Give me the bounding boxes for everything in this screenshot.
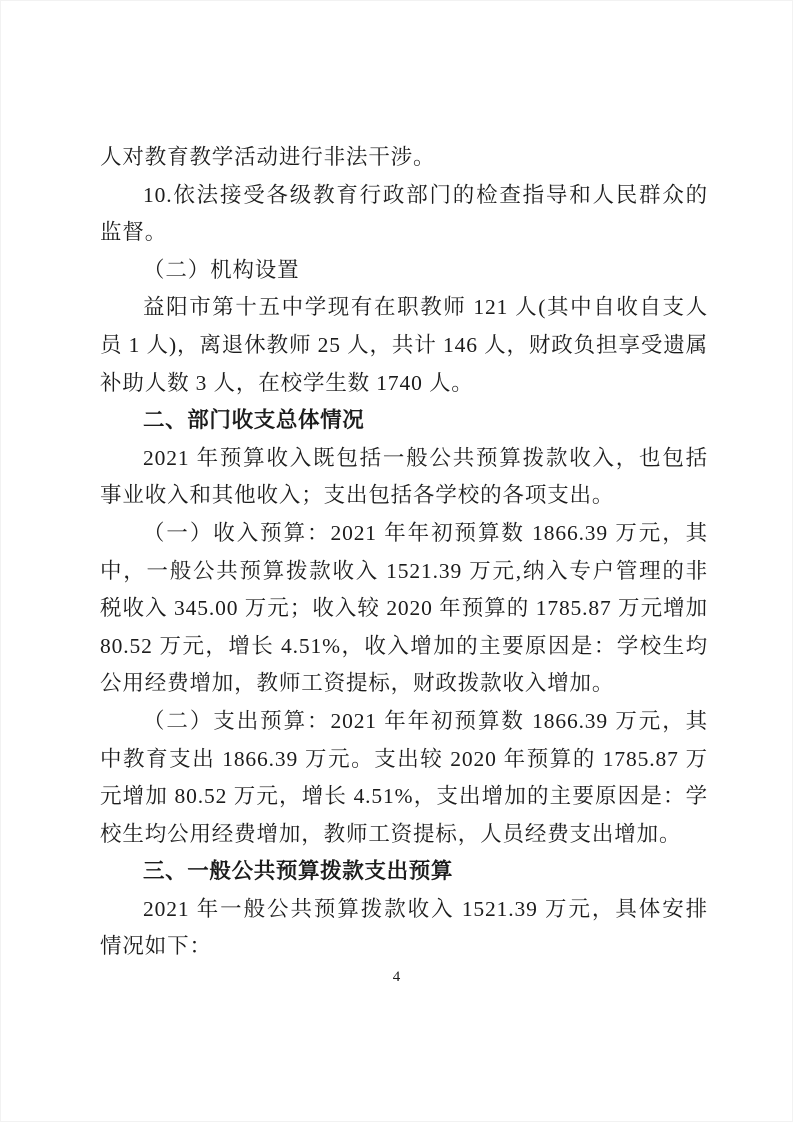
heading-section-2-revenue-expenditure: 二、部门收支总体情况 (100, 402, 708, 440)
paragraph-continuation: 人对教育教学活动进行非法干涉。 (100, 139, 708, 177)
paragraph-budget-overview: 2021 年预算收入既包括一般公共预算拨款收入，也包括事业收入和其他收入；支出包… (100, 440, 708, 515)
paragraph-staff-numbers: 益阳市第十五中学现有在职教师 121 人(其中自收自支人员 1 人)，离退休教师… (100, 289, 708, 402)
subheading-org-setup: （二）机构设置 (100, 252, 708, 290)
paragraph-expenditure-budget: （二）支出预算：2021 年年初预算数 1866.39 万元，其中教育支出 18… (100, 703, 708, 853)
document-body: 人对教育教学活动进行非法干涉。 10.依法接受各级教育行政部门的检查指导和人民群… (100, 139, 708, 966)
paragraph-item-10: 10.依法接受各级教育行政部门的检查指导和人民群众的监督。 (100, 177, 708, 252)
paragraph-allocation-intro: 2021 年一般公共预算拨款收入 1521.39 万元，具体安排情况如下： (100, 891, 708, 966)
paragraph-income-budget: （一）收入预算：2021 年年初预算数 1866.39 万元，其中，一般公共预算… (100, 515, 708, 703)
document-page: 人对教育教学活动进行非法干涉。 10.依法接受各级教育行政部门的检查指导和人民群… (0, 0, 793, 1122)
page-number: 4 (1, 969, 792, 993)
heading-section-3-public-budget: 三、一般公共预算拨款支出预算 (100, 853, 708, 891)
